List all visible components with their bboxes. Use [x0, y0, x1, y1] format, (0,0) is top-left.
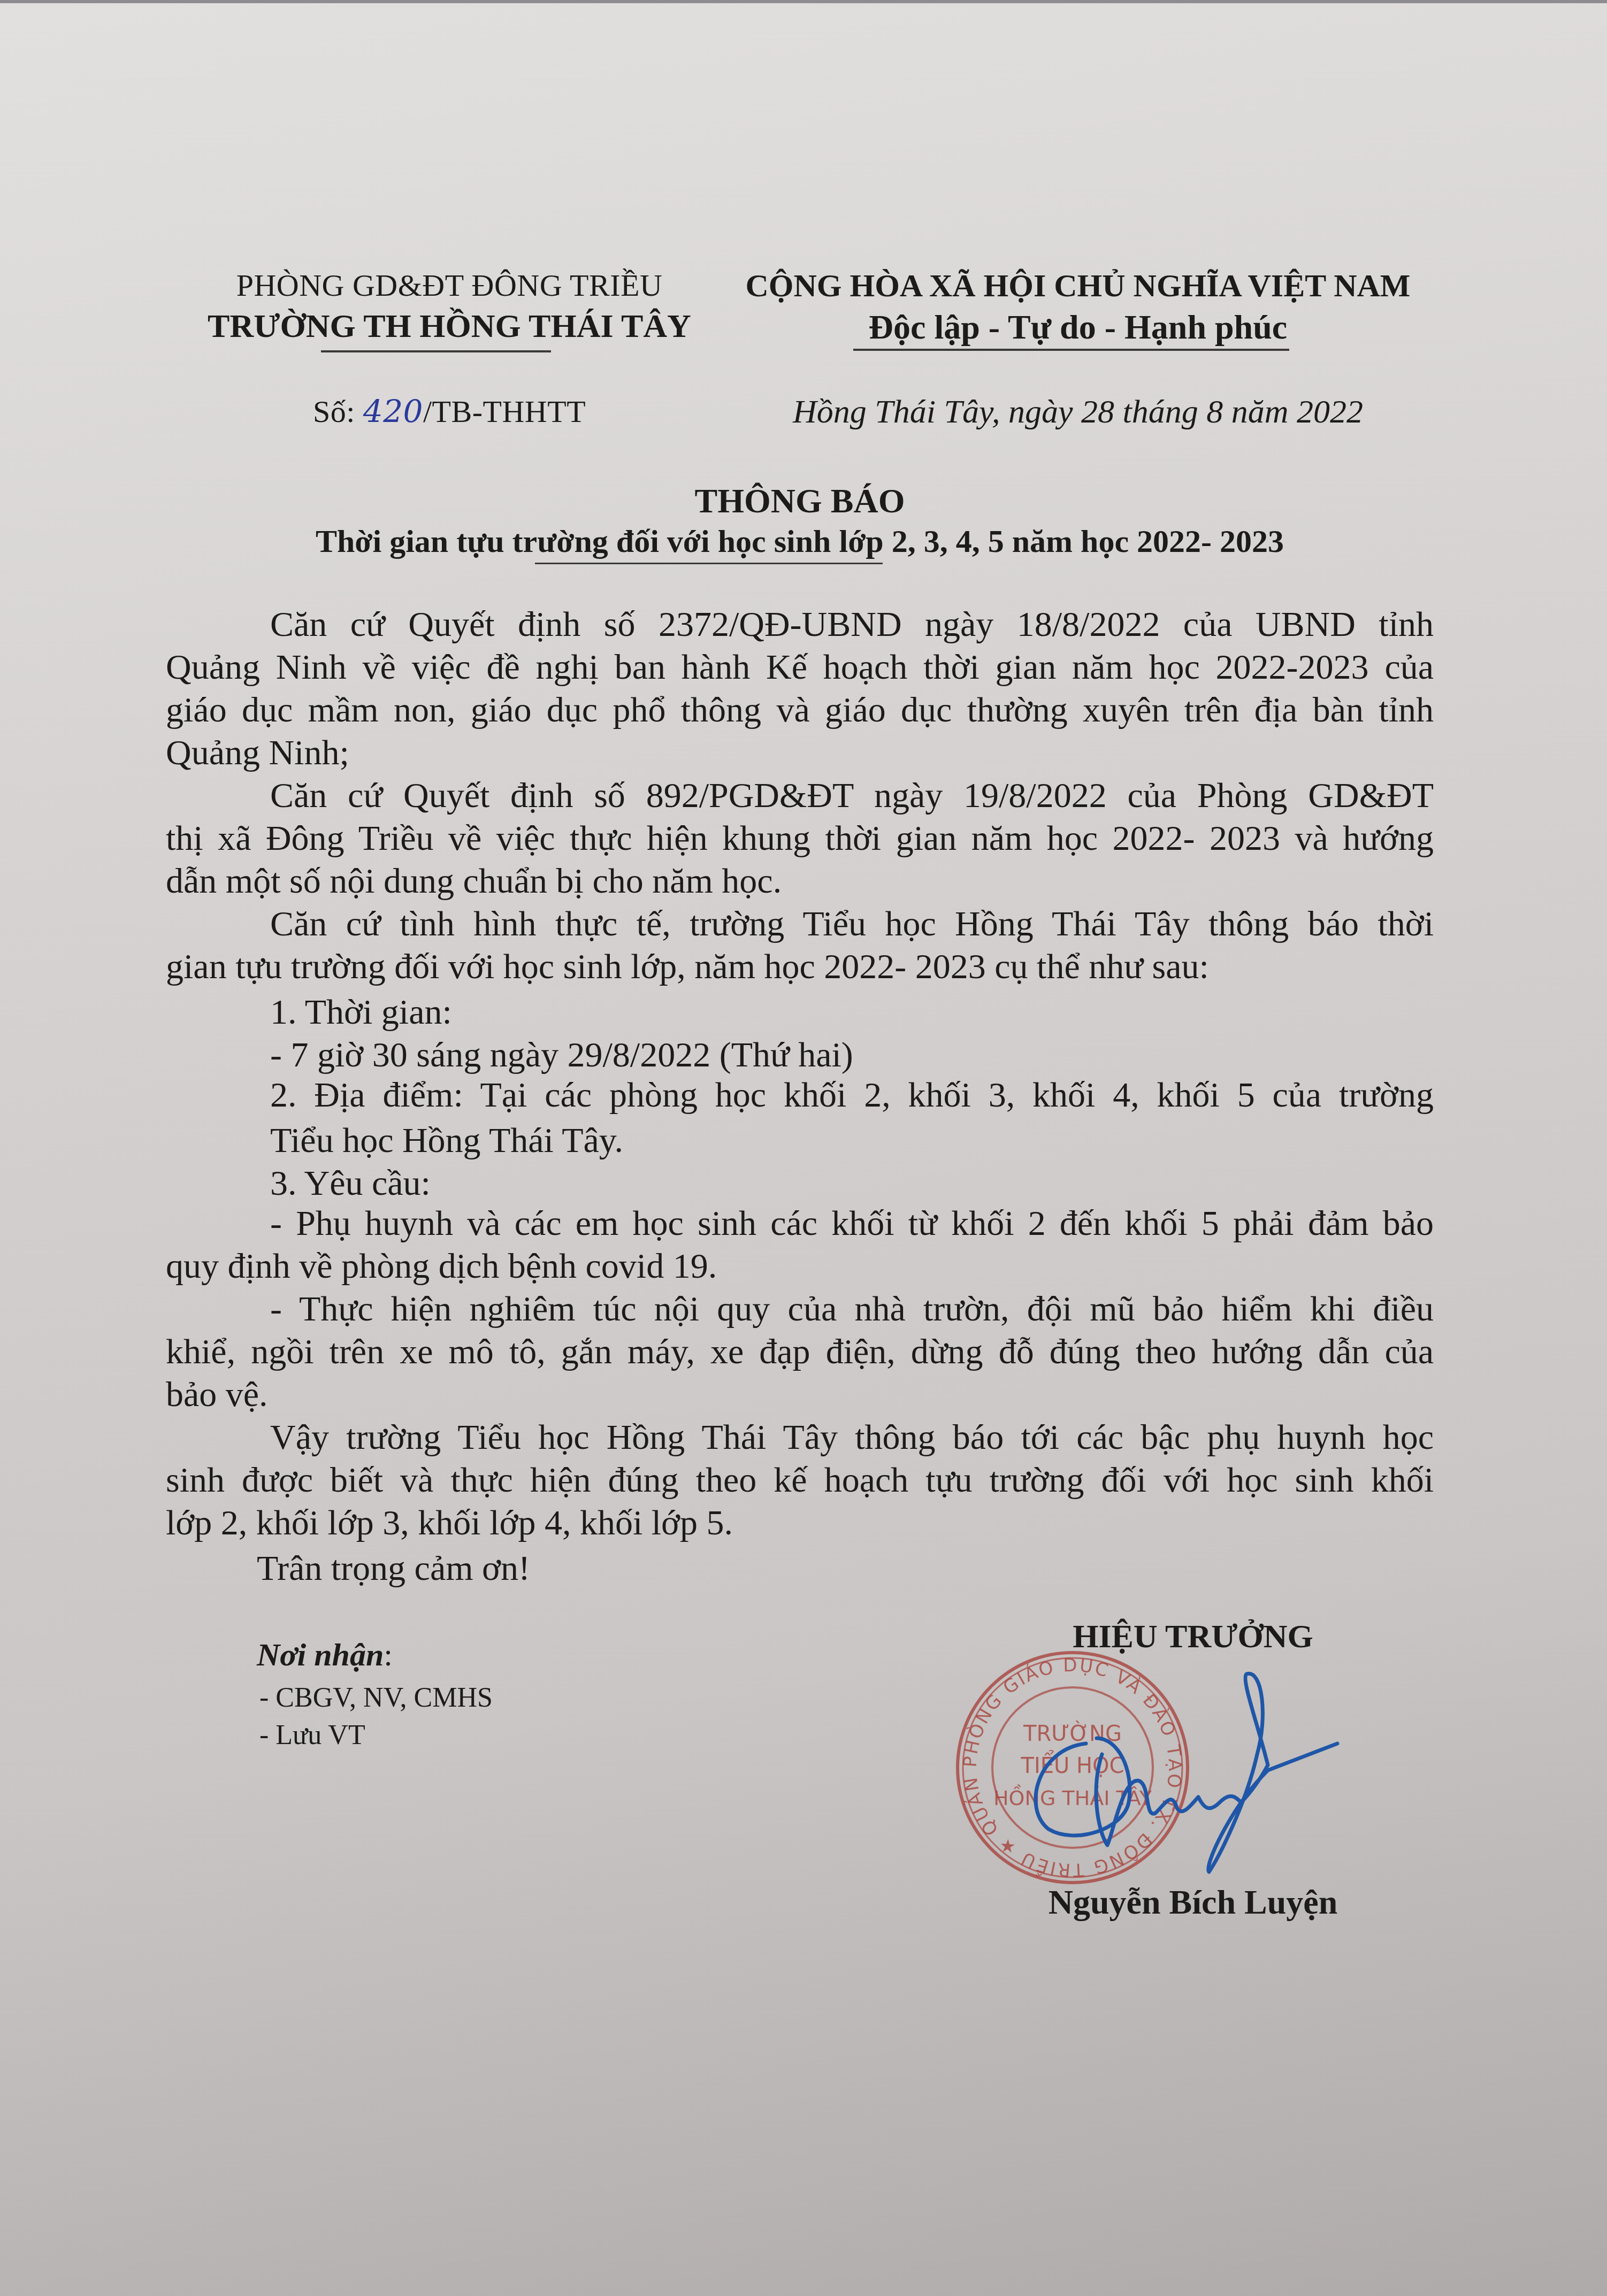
- document-number: Số: 420/TB-THHTT: [182, 393, 717, 429]
- requirement-line: bảo vệ.: [166, 1377, 1434, 1412]
- school-name-underline: [321, 350, 551, 352]
- body-line: Quảng Ninh;: [166, 735, 1434, 771]
- requirement-line: - Thực hiện nghiêm túc nội quy của nhà t…: [270, 1292, 1434, 1327]
- body-line: giáo dục mầm non, giáo dục phổ thông và …: [166, 693, 1434, 728]
- school-name: TRƯỜNG TH HỒNG THÁI TÂY: [182, 308, 717, 345]
- closing-line: lớp 2, khối lớp 3, khối lớp 4, khối lớp …: [166, 1506, 1434, 1541]
- requirement-line: - Phụ huynh và các em học sinh các khối …: [270, 1206, 1434, 1241]
- section-location-cont: Tiểu học Hồng Thái Tây.: [270, 1120, 623, 1161]
- body-line: Căn cứ Quyết định số 2372/QĐ-UBND ngày 1…: [270, 607, 1434, 642]
- body-line: Quảng Ninh về việc đề nghị ban hành Kế h…: [166, 650, 1434, 685]
- closing-line: Vậy trường Tiểu học Hồng Thái Tây thông …: [270, 1420, 1434, 1455]
- recipient-item: - CBGV, NV, CMHS: [259, 1682, 493, 1714]
- document-number-prefix: Số:: [313, 394, 363, 429]
- requirement-line: khiể, ngồi trên xe mô tô, gắn máy, xe đạ…: [166, 1334, 1434, 1370]
- body-line: gian tựu trường đối với học sinh lớp, nă…: [166, 949, 1434, 985]
- national-title: CỘNG HÒA XÃ HỘI CHỦ NGHĨA VIỆT NAM: [722, 267, 1434, 304]
- document-number-handwritten: 420: [363, 393, 423, 429]
- signature-icon: [1016, 1669, 1364, 1883]
- national-motto: Độc lập - Tự do - Hạnh phúc: [722, 308, 1434, 347]
- requirement-line: quy định về phòng dịch bệnh covid 19.: [166, 1249, 1434, 1284]
- recipient-item: - Lưu VT: [259, 1719, 365, 1751]
- signatory-name: Nguyễn Bích Luyện: [1006, 1883, 1380, 1922]
- closing-thanks: Trân trọng cảm ơn!: [257, 1548, 530, 1589]
- body-line: dẫn một số nội dung chuẩn bị cho năm học…: [166, 864, 1434, 899]
- signatory-title: HIỆU TRƯỞNG: [1006, 1618, 1380, 1656]
- document-subtitle: Thời gian tựu trường đối với học sinh lớ…: [166, 523, 1434, 560]
- body-line: thị xã Đông Triều về việc thực hiện khun…: [166, 821, 1434, 856]
- document-number-suffix: /TB-THHTT: [423, 394, 586, 429]
- section-location: 2. Địa điểm: Tại các phòng học khối 2, k…: [270, 1078, 1434, 1113]
- document-title: THÔNG BÁO: [166, 481, 1434, 521]
- body-line: Căn cứ Quyết định số 892/PGD&ĐT ngày 19/…: [270, 778, 1434, 813]
- recipients-label: Nơi nhận:: [257, 1637, 393, 1673]
- body-line: Căn cứ tình hình thực tế, trường Tiểu họ…: [270, 907, 1434, 942]
- motto-underline: [853, 349, 1289, 351]
- place-date: Hồng Thái Tây, ngày 28 tháng 8 năm 2022: [722, 393, 1434, 431]
- closing-line: sinh được biết và thực hiện đúng theo kế…: [166, 1463, 1434, 1498]
- subtitle-underline: [535, 563, 883, 564]
- recipients-label-text: Nơi nhận: [257, 1637, 384, 1672]
- section-time-value: - 7 giờ 30 sáng ngày 29/8/2022 (Thứ hai): [270, 1035, 853, 1076]
- section-time-heading: 1. Thời gian:: [270, 992, 452, 1033]
- paper-top-edge: [0, 0, 1607, 3]
- agency-name: PHÒNG GD&ĐT ĐÔNG TRIỀU: [182, 267, 717, 303]
- section-requirements-heading: 3. Yêu cầu:: [270, 1163, 431, 1204]
